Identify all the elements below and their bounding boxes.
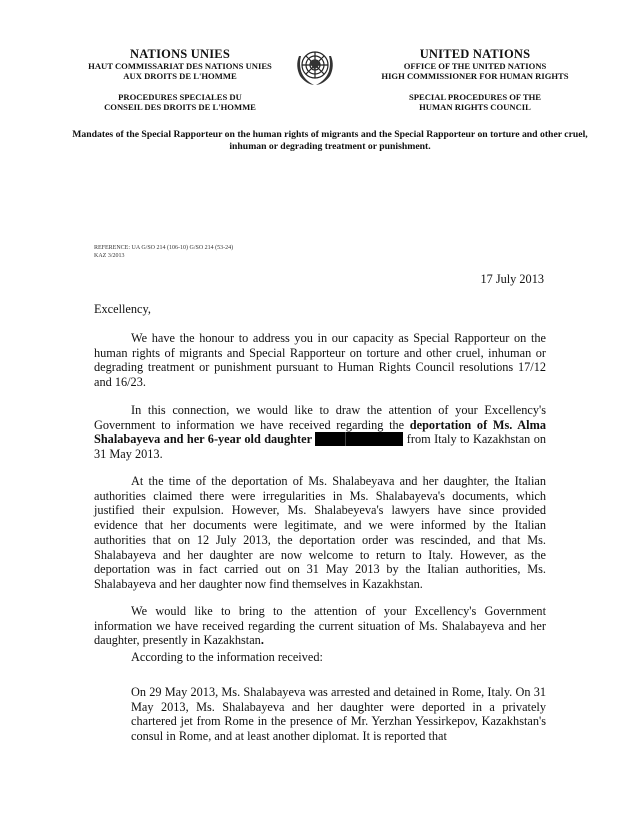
mandates-heading: Mandates of the Special Rapporteur on th… [70,129,590,153]
reference-line: REFERENCE: UA G/SO 214 (106-10) G/SO 214… [94,244,233,252]
header-french-line4: CONSEIL DES DROITS DE L'HOMME [60,102,300,112]
header-english-line1: OFFICE OF THE UNITED NATIONS [355,61,595,71]
header-english: UNITED NATIONS OFFICE OF THE UNITED NATI… [355,47,595,112]
header-french-line2: AUX DROITS DE L'HOMME [60,71,300,81]
letter-date: 17 July 2013 [480,272,544,287]
paragraph-text: On 29 May 2013, Ms. Shalabayeva was arre… [131,685,546,743]
header-english-line2: HIGH COMMISSIONER FOR HUMAN RIGHTS [355,71,595,81]
un-emblem-icon [292,44,338,90]
reference-block: REFERENCE: UA G/SO 214 (106-10) G/SO 214… [94,244,233,260]
paragraph-introduction: We have the honour to address you in our… [94,331,546,390]
paragraph-text: At the time of the deportation of Ms. Sh… [94,474,546,591]
paragraph-information-received: According to the information received: [94,650,546,665]
header-french-title: NATIONS UNIES [60,47,300,61]
salutation: Excellency, [94,302,151,317]
paragraph-current-situation: We would like to bring to the attention … [94,604,546,648]
paragraph-text: According to the information received: [131,650,323,664]
header-french-line1: HAUT COMMISSARIAT DES NATIONS UNIES [60,61,300,71]
paragraph-bold-period: . [261,633,264,647]
paragraph-text: We would like to bring to the attention … [94,604,546,647]
paragraph-text: We have the honour to address you in our… [94,331,546,389]
paragraph-connection: In this connection, we would like to dra… [94,403,546,462]
header-french: NATIONS UNIES HAUT COMMISSARIAT DES NATI… [60,47,300,112]
header-french-line3: PROCEDURES SPECIALES DU [60,92,300,102]
paragraph-arrest-details: On 29 May 2013, Ms. Shalabayeva was arre… [131,685,546,744]
header-english-line3: SPECIAL PROCEDURES OF THE [355,92,595,102]
paragraph-deportation-details: At the time of the deportation of Ms. Sh… [94,474,546,592]
header-english-line4: HUMAN RIGHTS COUNCIL [355,102,595,112]
header-english-title: UNITED NATIONS [355,47,595,61]
redaction-box [315,432,403,446]
reference-code: KAZ 3/2013 [94,252,233,260]
